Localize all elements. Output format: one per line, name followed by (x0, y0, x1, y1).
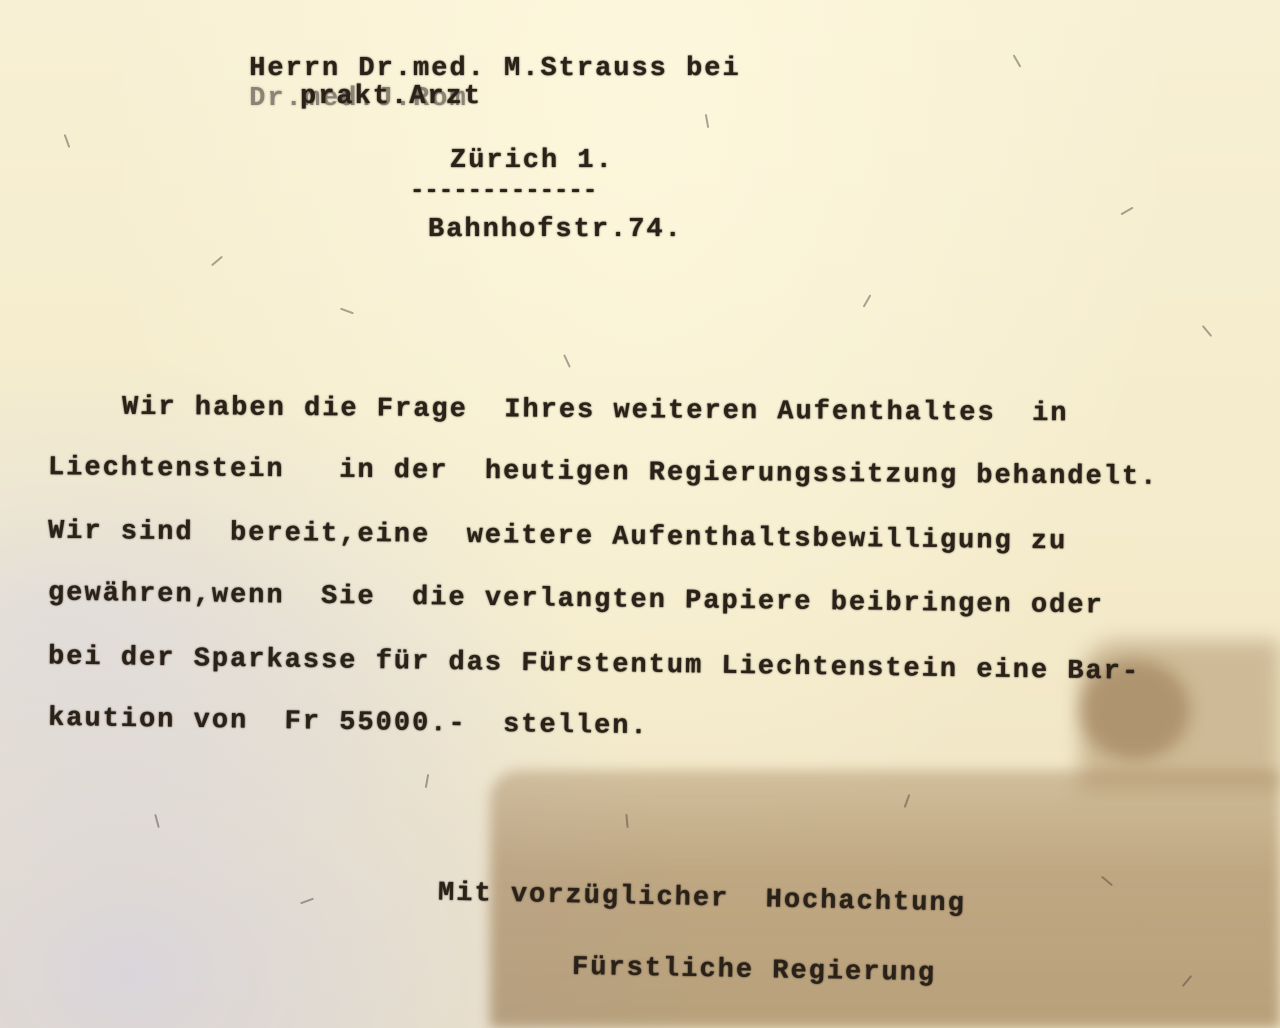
signature-authority: Fürstliche Regierung (572, 953, 937, 989)
city-underline: ------------- (410, 178, 597, 205)
recipient-city: Zürich 1. (450, 146, 614, 176)
recipient-title: prakt.Arzt (300, 82, 482, 112)
recipient-name: Herrn Dr.med. M.Strauss bei (249, 54, 740, 84)
recipient-street: Bahnhofstr.74. (428, 215, 683, 245)
